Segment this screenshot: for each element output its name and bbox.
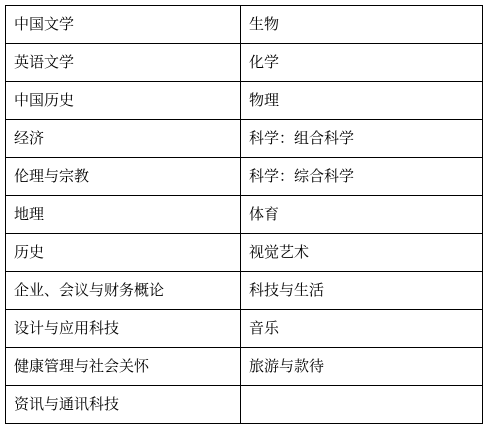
table-cell: 科学：综合科学 (241, 158, 483, 196)
subjects-table: 中国文学生物英语文学化学中国历史物理经济科学：组合科学伦理与宗教科学：综合科学地… (5, 5, 483, 424)
table-row: 伦理与宗教科学：综合科学 (6, 158, 483, 196)
table-row: 企业、会议与财务概论科技与生活 (6, 272, 483, 310)
table-row: 资讯与通讯科技 (6, 386, 483, 424)
table-row: 健康管理与社会关怀旅游与款待 (6, 348, 483, 386)
table-cell: 企业、会议与财务概论 (6, 272, 241, 310)
table-row: 中国历史物理 (6, 82, 483, 120)
table-cell: 化学 (241, 44, 483, 82)
table-row: 经济科学：组合科学 (6, 120, 483, 158)
table-cell: 科学：组合科学 (241, 120, 483, 158)
table-row: 英语文学化学 (6, 44, 483, 82)
table-cell: 设计与应用科技 (6, 310, 241, 348)
table-row: 设计与应用科技音乐 (6, 310, 483, 348)
table-cell: 中国历史 (6, 82, 241, 120)
subjects-table-body: 中国文学生物英语文学化学中国历史物理经济科学：组合科学伦理与宗教科学：综合科学地… (6, 6, 483, 424)
table-cell: 视觉艺术 (241, 234, 483, 272)
table-row: 中国文学生物 (6, 6, 483, 44)
table-cell: 资讯与通讯科技 (6, 386, 241, 424)
table-row: 历史视觉艺术 (6, 234, 483, 272)
table-cell: 中国文学 (6, 6, 241, 44)
table-cell: 伦理与宗教 (6, 158, 241, 196)
table-cell: 音乐 (241, 310, 483, 348)
table-cell: 生物 (241, 6, 483, 44)
table-cell: 物理 (241, 82, 483, 120)
table-cell: 科技与生活 (241, 272, 483, 310)
table-cell: 旅游与款待 (241, 348, 483, 386)
subjects-table-container: 中国文学生物英语文学化学中国历史物理经济科学：组合科学伦理与宗教科学：综合科学地… (5, 5, 483, 424)
table-cell: 体育 (241, 196, 483, 234)
table-cell (241, 386, 483, 424)
table-cell: 历史 (6, 234, 241, 272)
table-cell: 英语文学 (6, 44, 241, 82)
table-cell: 地理 (6, 196, 241, 234)
table-cell: 经济 (6, 120, 241, 158)
table-cell: 健康管理与社会关怀 (6, 348, 241, 386)
table-row: 地理体育 (6, 196, 483, 234)
